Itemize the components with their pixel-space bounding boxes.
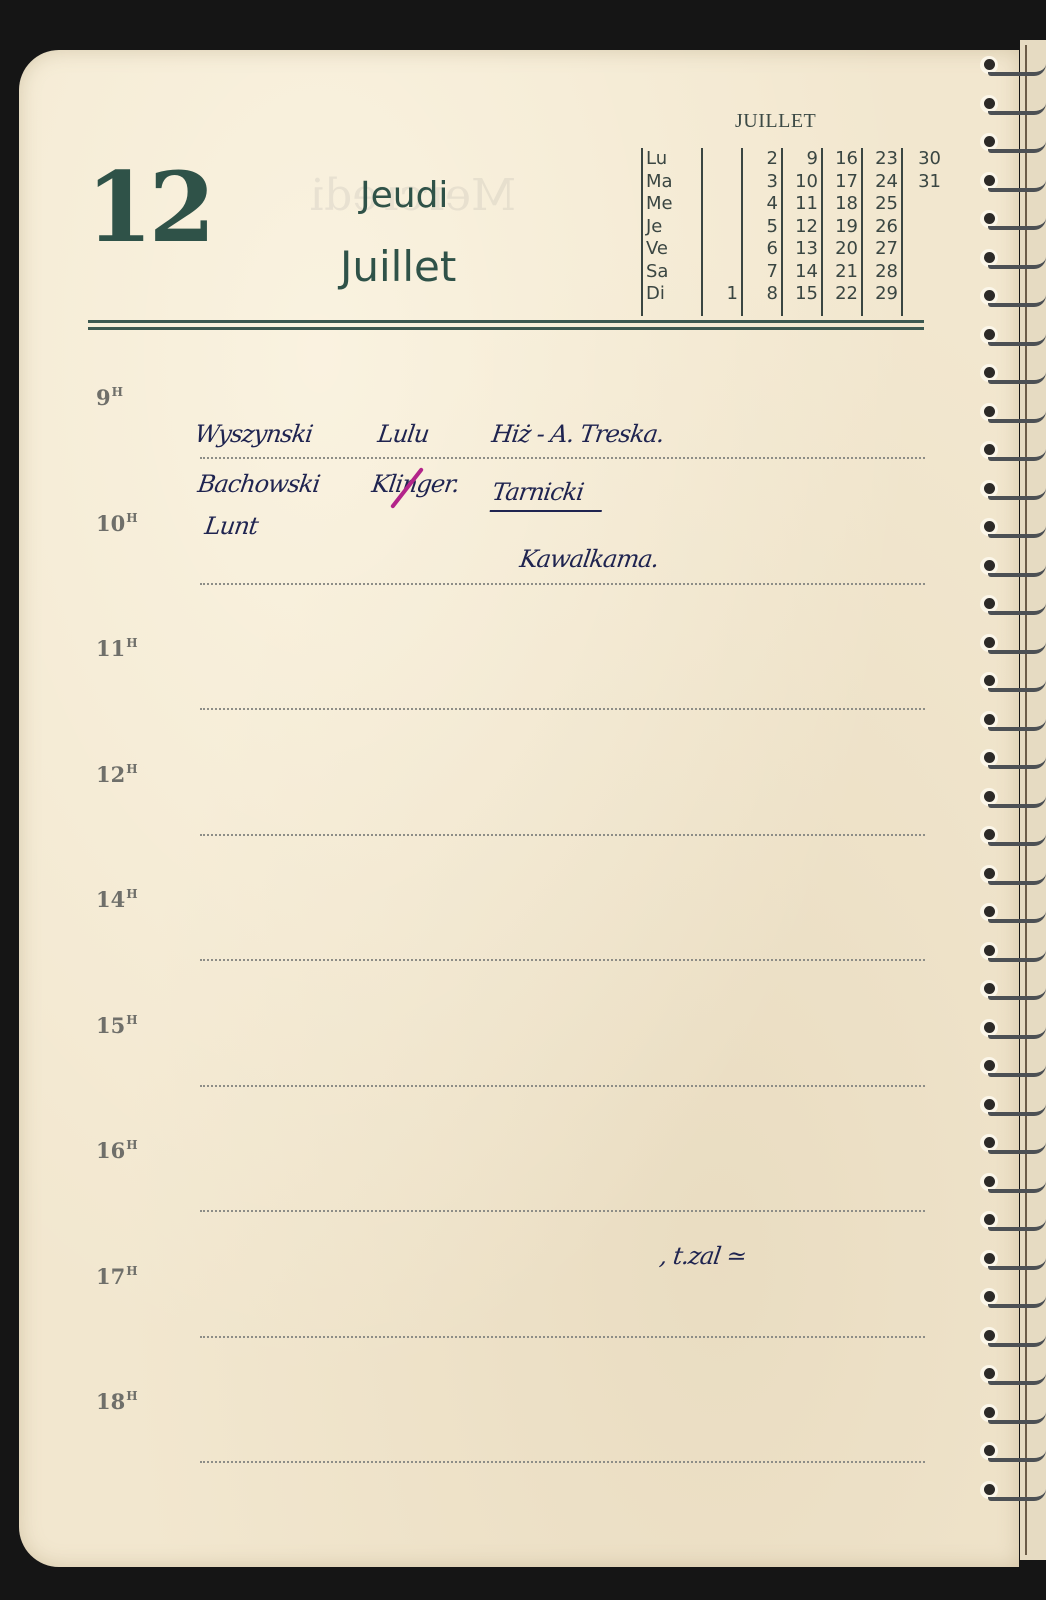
spiral-ring	[980, 1331, 1046, 1345]
handwritten-entry: Hiż - A. Treska.	[490, 420, 666, 448]
spiral-ring	[980, 830, 1046, 844]
hour-label: 12H	[96, 762, 138, 787]
weekday-abbrev: Di	[642, 283, 702, 306]
hour-label: 18H	[96, 1389, 138, 1414]
calendar-day	[702, 171, 742, 194]
calendar-row: Ma310172431	[642, 171, 941, 194]
calendar-day: 19	[822, 216, 862, 239]
spiral-ring	[980, 445, 1046, 459]
calendar-day: 15	[782, 283, 822, 306]
weekday-label: Jeudi	[360, 175, 448, 216]
spiral-ring	[980, 60, 1046, 74]
day-number: 12	[86, 160, 212, 256]
calendar-row: Ve6132027	[642, 238, 941, 261]
spiral-ring	[980, 1369, 1046, 1383]
mini-calendar: Lu29162330Ma310172431Me4111825Je5121926V…	[641, 148, 941, 316]
spiral-ring	[980, 676, 1046, 690]
hour-rule	[200, 1336, 925, 1338]
calendar-day: 26	[862, 216, 902, 239]
spiral-ring	[980, 792, 1046, 806]
spiral-ring	[980, 984, 1046, 998]
calendar-row: Sa7142128	[642, 261, 941, 284]
spiral-ring	[980, 1177, 1046, 1191]
weekday-abbrev: Ve	[642, 238, 702, 261]
weekday-abbrev: Je	[642, 216, 702, 239]
spiral-ring	[980, 907, 1046, 921]
hour-label: 14H	[96, 887, 138, 912]
spiral-ring	[980, 1292, 1046, 1306]
hour-rule	[200, 583, 925, 585]
handwritten-entry: Lulu	[376, 420, 430, 448]
calendar-row: Me4111825	[642, 193, 941, 216]
calendar-day	[702, 238, 742, 261]
calendar-day: 5	[742, 216, 782, 239]
hour-rule	[200, 834, 925, 836]
spiral-ring	[980, 715, 1046, 729]
calendar-day: 4	[742, 193, 782, 216]
calendar-day	[902, 238, 941, 261]
calendar-day: 24	[862, 171, 902, 194]
spiral-ring	[980, 522, 1046, 536]
calendar-day	[702, 148, 742, 171]
spiral-ring	[980, 1408, 1046, 1422]
calendar-day: 20	[822, 238, 862, 261]
weekday-abbrev: Me	[642, 193, 702, 216]
spiral-ring	[980, 214, 1046, 228]
spiral-ring	[980, 1138, 1046, 1152]
weekday-abbrev: Ma	[642, 171, 702, 194]
spiral-ring	[980, 1023, 1046, 1037]
spiral-ring	[980, 1446, 1046, 1460]
weekday-abbrev: Sa	[642, 261, 702, 284]
calendar-day: 12	[782, 216, 822, 239]
calendar-day: 18	[822, 193, 862, 216]
spiral-ring	[980, 753, 1046, 767]
hour-label: 11H	[96, 636, 138, 661]
hour-label: 16H	[96, 1138, 138, 1163]
calendar-day: 16	[822, 148, 862, 171]
calendar-day	[702, 193, 742, 216]
calendar-day: 7	[742, 261, 782, 284]
mini-calendar-title: JUILLET	[735, 110, 816, 133]
calendar-day	[902, 193, 941, 216]
spiral-ring	[980, 1061, 1046, 1075]
calendar-day: 10	[782, 171, 822, 194]
calendar-day: 21	[822, 261, 862, 284]
hour-label: 9H	[96, 385, 123, 410]
spiral-ring	[980, 1254, 1046, 1268]
hour-rule	[200, 959, 925, 961]
hour-rule	[200, 708, 925, 710]
spiral-ring	[980, 1215, 1046, 1229]
calendar-day: 14	[782, 261, 822, 284]
calendar-day: 6	[742, 238, 782, 261]
spiral-ring	[980, 1485, 1046, 1499]
handwritten-entry: Wyszynski	[193, 420, 314, 448]
spiral-ring	[980, 561, 1046, 575]
header-double-rule	[88, 320, 924, 330]
calendar-day: 31	[902, 171, 941, 194]
hour-rule	[200, 1461, 925, 1463]
calendar-day: 22	[822, 283, 862, 306]
handwritten-entry: Bachowski	[196, 470, 321, 498]
calendar-day: 30	[902, 148, 941, 171]
calendar-day: 29	[862, 283, 902, 306]
hour-label: 17H	[96, 1264, 138, 1289]
hour-label: 15H	[96, 1013, 138, 1038]
calendar-day: 13	[782, 238, 822, 261]
calendar-day	[702, 261, 742, 284]
spiral-ring	[980, 484, 1046, 498]
hour-rule	[200, 457, 925, 459]
spiral-ring	[980, 599, 1046, 613]
calendar-day: 27	[862, 238, 902, 261]
calendar-day	[902, 283, 941, 306]
calendar-day: 25	[862, 193, 902, 216]
calendar-row: Lu29162330	[642, 148, 941, 171]
calendar-row: Je5121926	[642, 216, 941, 239]
calendar-row: Di18152229	[642, 283, 941, 306]
spiral-ring	[980, 99, 1046, 113]
spiral-ring	[980, 330, 1046, 344]
calendar-day: 3	[742, 171, 782, 194]
calendar-day: 1	[702, 283, 742, 306]
spiral-ring	[980, 291, 1046, 305]
calendar-day: 28	[862, 261, 902, 284]
month-label: Juillet	[340, 242, 456, 291]
hour-rule	[200, 1085, 925, 1087]
calendar-day: 9	[782, 148, 822, 171]
handwritten-entry: , t.zal ≃	[658, 1242, 748, 1270]
hour-rule	[200, 1210, 925, 1212]
calendar-day: 11	[782, 193, 822, 216]
spiral-ring	[980, 176, 1046, 190]
hour-label: 10H	[96, 511, 138, 536]
spiral-ring	[980, 253, 1046, 267]
handwritten-entry-underlined: Tarnicki	[490, 478, 607, 512]
spiral-ring	[980, 407, 1046, 421]
calendar-day	[902, 261, 941, 284]
spiral-ring	[980, 869, 1046, 883]
calendar-day: 23	[862, 148, 902, 171]
handwritten-entry: Kawalkama.	[518, 545, 660, 573]
spiral-ring	[980, 368, 1046, 382]
calendar-day	[902, 216, 941, 239]
spiral-ring	[980, 638, 1046, 652]
calendar-day: 2	[742, 148, 782, 171]
handwritten-entry: Lunt	[203, 512, 259, 540]
spiral-ring	[980, 137, 1046, 151]
spiral-ring	[980, 946, 1046, 960]
weekday-abbrev: Lu	[642, 148, 702, 171]
calendar-day: 17	[822, 171, 862, 194]
calendar-day	[702, 216, 742, 239]
calendar-day: 8	[742, 283, 782, 306]
spiral-ring	[980, 1100, 1046, 1114]
